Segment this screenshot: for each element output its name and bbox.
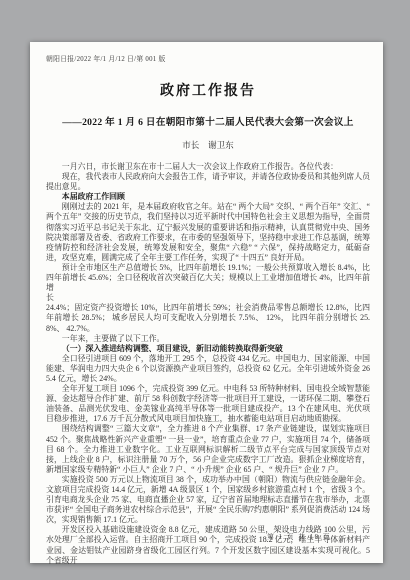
body-paragraph: 实施投资 500 万元以上物流项目 38 个，成功举办中国（朝阳）物流与供应链金…	[46, 475, 370, 525]
document-subtitle: ——2022 年 1 月 6 日在朝阳市第十二届人民代表大会第一次会议上	[46, 114, 370, 128]
page-title: 政府工作报告	[46, 80, 370, 100]
body-paragraph: 现在，我代表市人民政府向大会报告工作，请予审议，并请各位政协委员和其他列席人员提…	[46, 172, 370, 192]
body-paragraph: 一月六日，市长谢卫东在市十二届人大一次会议上作政府工作报告。各位代表：	[46, 162, 370, 172]
body-paragraph: 一年来，主要做了以下工作。	[46, 334, 370, 344]
section-heading: （一）深入推进结构调整、项目建设，新旧动能转换取得新突破	[46, 344, 370, 354]
byline: 市长 谢卫东	[46, 139, 370, 151]
body-paragraph: 预计全市地区生产总值增长 5%，比四年前增长 19.1%；一般公共预算收入增长 …	[46, 263, 370, 334]
section-heading: 本届政府工作回顾	[46, 192, 370, 202]
body-paragraph: 刚刚过去的 2021 年，是本届政府收官之年。站在“ 两个大局” 交织、“ 两个…	[46, 202, 370, 263]
body-paragraph: 围绕结构调整“ 三篇大文章”，全力推进 8 个产业集群、17 条产业链建设，谋划…	[46, 424, 370, 474]
document-body: 一月六日，市长谢卫东在市十二届人大一次会议上作政府工作报告。各位代表： 现在，我…	[46, 162, 370, 566]
masthead: 朝阳日报/2022 年/1 月/12 日/第 001 版	[46, 55, 370, 64]
body-paragraph: 全口径引进项目 609 个，落地开工 295 个，总投资 434 亿元。中国电力…	[46, 354, 370, 384]
body-paragraph: 全年开复工项目 1096 个，完成投资 399 亿元。中电科 53 所特种材料、…	[46, 384, 370, 424]
page-number: 第 1 页 共 10 页	[267, 531, 331, 541]
document-page: 朝阳日报/2022 年/1 月/12 日/第 001 版 政府工作报告 ——20…	[30, 42, 383, 563]
